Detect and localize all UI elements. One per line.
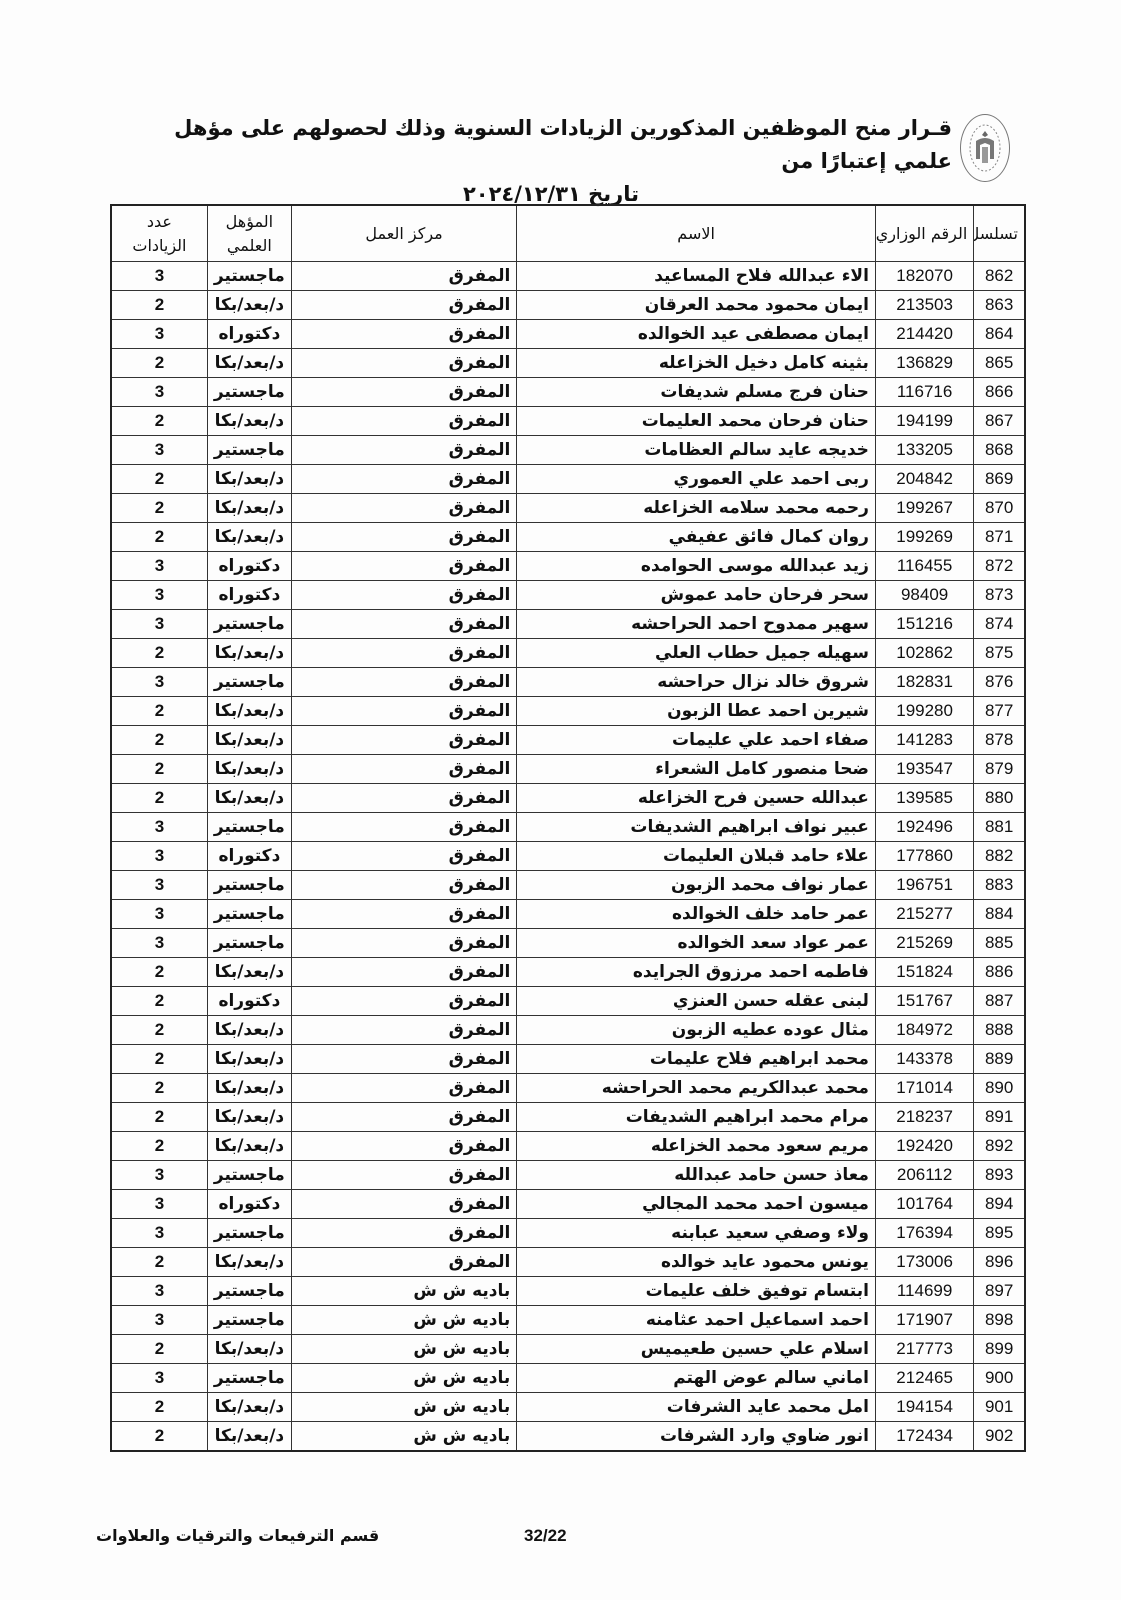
cell-serial: 873: [974, 581, 1025, 610]
table-row: 879193547ضحا منصور كامل الشعراءالمفرقد/ب…: [111, 755, 1025, 784]
cell-qualification: ماجستير: [207, 378, 291, 407]
cell-serial: 898: [974, 1306, 1025, 1335]
table-row: 871199269روان كمال فائق عفيفيالمفرقد/بعد…: [111, 523, 1025, 552]
cell-serial: 867: [974, 407, 1025, 436]
cell-serial: 889: [974, 1045, 1025, 1074]
cell-qualification: ماجستير: [207, 900, 291, 929]
cell-ministry-id: 172434: [875, 1422, 973, 1452]
cell-ministry-id: 215277: [875, 900, 973, 929]
cell-name: علاء حامد قبلان العليمات: [517, 842, 876, 871]
cell-serial: 892: [974, 1132, 1025, 1161]
cell-increments: 3: [111, 1161, 207, 1190]
cell-work-center: المفرق: [291, 465, 516, 494]
cell-qualification: د/بعد/بكا: [207, 1393, 291, 1422]
cell-work-center: المفرق: [291, 1248, 516, 1277]
cell-qualification: ماجستير: [207, 813, 291, 842]
cell-qualification: دكتوراه: [207, 320, 291, 349]
table-row: 901194154امل محمد عايد الشرفاتباديه ش شد…: [111, 1393, 1025, 1422]
cell-name: محمد ابراهيم فلاح عليمات: [517, 1045, 876, 1074]
cell-serial: 879: [974, 755, 1025, 784]
cell-work-center: المفرق: [291, 494, 516, 523]
cell-serial: 893: [974, 1161, 1025, 1190]
cell-serial: 896: [974, 1248, 1025, 1277]
cell-ministry-id: 206112: [875, 1161, 973, 1190]
cell-ministry-id: 116455: [875, 552, 973, 581]
title-line-1: قـرار منح الموظفين المذكورين الزيادات ال…: [110, 112, 952, 178]
cell-ministry-id: 217773: [875, 1335, 973, 1364]
cell-qualification: ماجستير: [207, 436, 291, 465]
cell-increments: 2: [111, 987, 207, 1016]
cell-qualification: ماجستير: [207, 1219, 291, 1248]
cell-ministry-id: 136829: [875, 349, 973, 378]
table-row: 900212465اماني سالم عوض الهتمباديه ش شما…: [111, 1364, 1025, 1393]
cell-serial: 886: [974, 958, 1025, 987]
cell-name: خديجه عايد سالم العظامات: [517, 436, 876, 465]
employees-increments-table: تسلسل الرقم الوزاري الاسم مركز العمل الم…: [110, 204, 1026, 1452]
cell-serial: 877: [974, 697, 1025, 726]
cell-qualification: ماجستير: [207, 668, 291, 697]
cell-work-center: المفرق: [291, 813, 516, 842]
cell-name: لبنى عقله حسن العنزي: [517, 987, 876, 1016]
table-row: 880139585عبدالله حسين فرح الخزاعلهالمفرق…: [111, 784, 1025, 813]
cell-increments: 2: [111, 784, 207, 813]
cell-work-center: المفرق: [291, 958, 516, 987]
cell-ministry-id: 133205: [875, 436, 973, 465]
cell-increments: 3: [111, 610, 207, 639]
cell-serial: 880: [974, 784, 1025, 813]
column-header-increments: عدد الزيادات: [111, 205, 207, 262]
document-header: قـرار منح الموظفين المذكورين الزيادات ال…: [110, 112, 1010, 192]
cell-serial: 887: [974, 987, 1025, 1016]
cell-name: عمر حامد خلف الخوالده: [517, 900, 876, 929]
cell-qualification: دكتوراه: [207, 552, 291, 581]
cell-serial: 878: [974, 726, 1025, 755]
cell-work-center: المفرق: [291, 1219, 516, 1248]
cell-qualification: د/بعد/بكا: [207, 407, 291, 436]
table-row: 886151824فاطمه احمد مرزوق الجرايدهالمفرق…: [111, 958, 1025, 987]
cell-serial: 891: [974, 1103, 1025, 1132]
cell-qualification: ماجستير: [207, 610, 291, 639]
cell-name: رحمه محمد سلامه الخزاعله: [517, 494, 876, 523]
cell-ministry-id: 182070: [875, 262, 973, 291]
cell-work-center: المفرق: [291, 929, 516, 958]
cell-work-center: باديه ش ش: [291, 1393, 516, 1422]
cell-name: عبير نواف ابراهيم الشديفات: [517, 813, 876, 842]
cell-increments: 3: [111, 813, 207, 842]
cell-ministry-id: 192420: [875, 1132, 973, 1161]
cell-increments: 2: [111, 1016, 207, 1045]
cell-ministry-id: 151767: [875, 987, 973, 1016]
cell-ministry-id: 116716: [875, 378, 973, 407]
cell-increments: 2: [111, 291, 207, 320]
table-row: 897114699ابتسام توفيق خلف عليماتباديه ش …: [111, 1277, 1025, 1306]
cell-qualification: د/بعد/بكا: [207, 523, 291, 552]
table-row: 874151216سهير ممدوح احمد الحراحشهالمفرقم…: [111, 610, 1025, 639]
cell-name: زيد عبدالله موسى الحوامده: [517, 552, 876, 581]
cell-qualification: ماجستير: [207, 1306, 291, 1335]
cell-ministry-id: 98409: [875, 581, 973, 610]
cell-ministry-id: 199269: [875, 523, 973, 552]
cell-increments: 2: [111, 755, 207, 784]
cell-increments: 2: [111, 639, 207, 668]
cell-serial: 897: [974, 1277, 1025, 1306]
table-row: 866116716حنان فرج مسلم شديفاتالمفرقماجست…: [111, 378, 1025, 407]
table-row: 864214420ايمان مصطفى عيد الخوالدهالمفرقد…: [111, 320, 1025, 349]
table-row: 902172434انور ضاوي وارد الشرفاتباديه ش ش…: [111, 1422, 1025, 1452]
cell-serial: 864: [974, 320, 1025, 349]
cell-serial: 868: [974, 436, 1025, 465]
table-row: 882177860علاء حامد قبلان العليماتالمفرقد…: [111, 842, 1025, 871]
cell-work-center: باديه ش ش: [291, 1306, 516, 1335]
cell-work-center: المفرق: [291, 842, 516, 871]
cell-name: ابتسام توفيق خلف عليمات: [517, 1277, 876, 1306]
cell-name: عمار نواف محمد الزبون: [517, 871, 876, 900]
cell-serial: 866: [974, 378, 1025, 407]
cell-increments: 3: [111, 1306, 207, 1335]
table-row: 867194199حنان فرحان محمد العليماتالمفرقد…: [111, 407, 1025, 436]
cell-qualification: دكتوراه: [207, 581, 291, 610]
cell-name: حنان فرج مسلم شديفات: [517, 378, 876, 407]
cell-increments: 2: [111, 1074, 207, 1103]
cell-increments: 2: [111, 1103, 207, 1132]
cell-qualification: د/بعد/بكا: [207, 494, 291, 523]
cell-increments: 2: [111, 407, 207, 436]
cell-work-center: المفرق: [291, 900, 516, 929]
cell-ministry-id: 193547: [875, 755, 973, 784]
cell-increments: 2: [111, 465, 207, 494]
cell-increments: 3: [111, 581, 207, 610]
cell-serial: 900: [974, 1364, 1025, 1393]
cell-work-center: المفرق: [291, 436, 516, 465]
cell-ministry-id: 184972: [875, 1016, 973, 1045]
cell-name: روان كمال فائق عفيفي: [517, 523, 876, 552]
cell-serial: 901: [974, 1393, 1025, 1422]
column-header-work-center: مركز العمل: [291, 205, 516, 262]
cell-serial: 875: [974, 639, 1025, 668]
cell-increments: 3: [111, 1219, 207, 1248]
cell-name: عبدالله حسين فرح الخزاعله: [517, 784, 876, 813]
cell-work-center: المفرق: [291, 1190, 516, 1219]
cell-ministry-id: 143378: [875, 1045, 973, 1074]
column-header-ministry-id: الرقم الوزاري: [875, 205, 973, 262]
cell-serial: 865: [974, 349, 1025, 378]
cell-name: عمر عواد سعد الخوالده: [517, 929, 876, 958]
cell-serial: 870: [974, 494, 1025, 523]
cell-work-center: المفرق: [291, 1161, 516, 1190]
table-row: 885215269عمر عواد سعد الخوالدهالمفرقماجس…: [111, 929, 1025, 958]
cell-serial: 883: [974, 871, 1025, 900]
cell-increments: 2: [111, 1248, 207, 1277]
table-row: 868133205خديجه عايد سالم العظاماتالمفرقم…: [111, 436, 1025, 465]
cell-work-center: المفرق: [291, 407, 516, 436]
cell-qualification: ماجستير: [207, 871, 291, 900]
cell-ministry-id: 213503: [875, 291, 973, 320]
table-row: 892192420مريم سعود محمد الخزاعلهالمفرقد/…: [111, 1132, 1025, 1161]
cell-work-center: باديه ش ش: [291, 1422, 516, 1452]
cell-name: مريم سعود محمد الخزاعله: [517, 1132, 876, 1161]
cell-name: الاء عبدالله فلاح المساعيد: [517, 262, 876, 291]
cell-name: بثينه كامل دخيل الخزاعله: [517, 349, 876, 378]
cell-work-center: المفرق: [291, 291, 516, 320]
cell-work-center: المفرق: [291, 610, 516, 639]
cell-work-center: المفرق: [291, 378, 516, 407]
cell-qualification: د/بعد/بكا: [207, 1132, 291, 1161]
table-row: 889143378محمد ابراهيم فلاح عليماتالمفرقد…: [111, 1045, 1025, 1074]
cell-qualification: د/بعد/بكا: [207, 1422, 291, 1452]
cell-ministry-id: 196751: [875, 871, 973, 900]
cell-serial: 888: [974, 1016, 1025, 1045]
table-row: 888184972مثال عوده عطيه الزبونالمفرقد/بع…: [111, 1016, 1025, 1045]
cell-work-center: المفرق: [291, 1016, 516, 1045]
cell-increments: 3: [111, 929, 207, 958]
cell-work-center: باديه ش ش: [291, 1277, 516, 1306]
cell-serial: 899: [974, 1335, 1025, 1364]
column-header-name: الاسم: [517, 205, 876, 262]
table-row: 890171014محمد عبدالكريم محمد الحراحشهالم…: [111, 1074, 1025, 1103]
cell-qualification: دكتوراه: [207, 842, 291, 871]
table-row: 87398409سحر فرحان حامد عموشالمفرقدكتوراه…: [111, 581, 1025, 610]
cell-ministry-id: 173006: [875, 1248, 973, 1277]
table-row: 877199280شيرين احمد عطا الزبونالمفرقد/بع…: [111, 697, 1025, 726]
cell-name: اسلام علي حسين طعيميس: [517, 1335, 876, 1364]
table-row: 891218237مرام محمد ابراهيم الشديفاتالمفر…: [111, 1103, 1025, 1132]
cell-name: احمد اسماعيل احمد عثامنه: [517, 1306, 876, 1335]
cell-qualification: د/بعد/بكا: [207, 697, 291, 726]
cell-qualification: د/بعد/بكا: [207, 1248, 291, 1277]
document-footer: 32/22 قسم الترفيعات والترقيات والعلاوات: [0, 1526, 1121, 1556]
cell-name: يونس محمود عايد خوالده: [517, 1248, 876, 1277]
cell-increments: 3: [111, 262, 207, 291]
cell-increments: 2: [111, 494, 207, 523]
cell-ministry-id: 171907: [875, 1306, 973, 1335]
cell-qualification: د/بعد/بكا: [207, 1335, 291, 1364]
document-page: قـرار منح الموظفين المذكورين الزيادات ال…: [0, 0, 1121, 1600]
cell-work-center: المفرق: [291, 1132, 516, 1161]
cell-work-center: المفرق: [291, 697, 516, 726]
cell-ministry-id: 204842: [875, 465, 973, 494]
cell-name: شيرين احمد عطا الزبون: [517, 697, 876, 726]
cell-serial: 862: [974, 262, 1025, 291]
cell-ministry-id: 151824: [875, 958, 973, 987]
table-row: 883196751عمار نواف محمد الزبونالمفرقماجس…: [111, 871, 1025, 900]
cell-qualification: د/بعد/بكا: [207, 465, 291, 494]
cell-increments: 3: [111, 436, 207, 465]
table-body: 862182070الاء عبدالله فلاح المساعيدالمفر…: [111, 262, 1025, 1452]
cell-serial: 882: [974, 842, 1025, 871]
cell-increments: 3: [111, 1277, 207, 1306]
cell-work-center: المفرق: [291, 668, 516, 697]
cell-qualification: دكتوراه: [207, 1190, 291, 1219]
cell-name: سحر فرحان حامد عموش: [517, 581, 876, 610]
table-row: 865136829بثينه كامل دخيل الخزاعلهالمفرقد…: [111, 349, 1025, 378]
cell-qualification: ماجستير: [207, 929, 291, 958]
cell-work-center: المفرق: [291, 1045, 516, 1074]
cell-qualification: د/بعد/بكا: [207, 755, 291, 784]
cell-name: مرام محمد ابراهيم الشديفات: [517, 1103, 876, 1132]
cell-name: امل محمد عايد الشرفات: [517, 1393, 876, 1422]
cell-qualification: د/بعد/بكا: [207, 291, 291, 320]
page-number: 32/22: [524, 1526, 567, 1546]
cell-name: ولاء وصفي سعيد عبابنه: [517, 1219, 876, 1248]
cell-increments: 3: [111, 842, 207, 871]
cell-qualification: ماجستير: [207, 1277, 291, 1306]
cell-name: ايمان محمود محمد العرقان: [517, 291, 876, 320]
table-row: 876182831شروق خالد نزال حراحشهالمفرقماجس…: [111, 668, 1025, 697]
cell-increments: 2: [111, 1132, 207, 1161]
cell-increments: 2: [111, 697, 207, 726]
cell-qualification: د/بعد/بكا: [207, 1045, 291, 1074]
cell-qualification: ماجستير: [207, 1161, 291, 1190]
cell-name: سهيله جميل حطاب العلي: [517, 639, 876, 668]
cell-name: ربى احمد علي العموري: [517, 465, 876, 494]
cell-work-center: باديه ش ش: [291, 1364, 516, 1393]
cell-increments: 2: [111, 523, 207, 552]
cell-ministry-id: 139585: [875, 784, 973, 813]
cell-qualification: د/بعد/بكا: [207, 1103, 291, 1132]
cell-serial: 872: [974, 552, 1025, 581]
cell-work-center: المفرق: [291, 349, 516, 378]
cell-serial: 881: [974, 813, 1025, 842]
document-title: قـرار منح الموظفين المذكورين الزيادات ال…: [110, 112, 952, 211]
cell-work-center: المفرق: [291, 871, 516, 900]
table-row: 899217773اسلام علي حسين طعيميسباديه ش شد…: [111, 1335, 1025, 1364]
cell-work-center: باديه ش ش: [291, 1335, 516, 1364]
cell-work-center: المفرق: [291, 987, 516, 1016]
cell-increments: 2: [111, 1393, 207, 1422]
cell-increments: 3: [111, 668, 207, 697]
cell-name: حنان فرحان محمد العليمات: [517, 407, 876, 436]
cell-increments: 3: [111, 378, 207, 407]
cell-ministry-id: 212465: [875, 1364, 973, 1393]
cell-increments: 2: [111, 349, 207, 378]
cell-qualification: د/بعد/بكا: [207, 1074, 291, 1103]
table-row: 869204842ربى احمد علي العموريالمفرقد/بعد…: [111, 465, 1025, 494]
cell-increments: 2: [111, 726, 207, 755]
cell-ministry-id: 218237: [875, 1103, 973, 1132]
column-header-qualification: المؤهل العلمي: [207, 205, 291, 262]
cell-serial: 876: [974, 668, 1025, 697]
cell-qualification: دكتوراه: [207, 987, 291, 1016]
cell-work-center: المفرق: [291, 523, 516, 552]
cell-qualification: ماجستير: [207, 1364, 291, 1393]
cell-ministry-id: 214420: [875, 320, 973, 349]
table-row: 887151767لبنى عقله حسن العنزيالمفرقدكتور…: [111, 987, 1025, 1016]
cell-name: ميسون احمد محمد المجالي: [517, 1190, 876, 1219]
cell-serial: 885: [974, 929, 1025, 958]
column-header-serial: تسلسل: [974, 205, 1025, 262]
cell-serial: 890: [974, 1074, 1025, 1103]
cell-ministry-id: 171014: [875, 1074, 973, 1103]
cell-qualification: د/بعد/بكا: [207, 1016, 291, 1045]
table-row: 863213503ايمان محمود محمد العرقانالمفرقد…: [111, 291, 1025, 320]
cell-qualification: د/بعد/بكا: [207, 958, 291, 987]
government-emblem-icon: [960, 114, 1010, 182]
cell-ministry-id: 101764: [875, 1190, 973, 1219]
cell-work-center: المفرق: [291, 1103, 516, 1132]
cell-ministry-id: 177860: [875, 842, 973, 871]
cell-ministry-id: 114699: [875, 1277, 973, 1306]
cell-increments: 3: [111, 871, 207, 900]
cell-increments: 3: [111, 1190, 207, 1219]
cell-ministry-id: 151216: [875, 610, 973, 639]
cell-serial: 895: [974, 1219, 1025, 1248]
cell-work-center: المفرق: [291, 1074, 516, 1103]
cell-ministry-id: 182831: [875, 668, 973, 697]
cell-name: فاطمه احمد مرزوق الجرايده: [517, 958, 876, 987]
cell-name: محمد عبدالكريم محمد الحراحشه: [517, 1074, 876, 1103]
cell-ministry-id: 194199: [875, 407, 973, 436]
cell-qualification: د/بعد/بكا: [207, 726, 291, 755]
cell-qualification: د/بعد/بكا: [207, 784, 291, 813]
cell-ministry-id: 102862: [875, 639, 973, 668]
table-row: 895176394ولاء وصفي سعيد عبابنهالمفرقماجس…: [111, 1219, 1025, 1248]
cell-name: اماني سالم عوض الهتم: [517, 1364, 876, 1393]
table-row: 893206112معاذ حسن حامد عبداللهالمفرقماجس…: [111, 1161, 1025, 1190]
cell-increments: 2: [111, 1335, 207, 1364]
cell-name: ايمان مصطفى عيد الخوالده: [517, 320, 876, 349]
cell-name: انور ضاوي وارد الشرفات: [517, 1422, 876, 1452]
cell-name: سهير ممدوح احمد الحراحشه: [517, 610, 876, 639]
cell-name: معاذ حسن حامد عبدالله: [517, 1161, 876, 1190]
cell-ministry-id: 199280: [875, 697, 973, 726]
cell-serial: 863: [974, 291, 1025, 320]
table-header-row: تسلسل الرقم الوزاري الاسم مركز العمل الم…: [111, 205, 1025, 262]
cell-increments: 3: [111, 320, 207, 349]
cell-work-center: المفرق: [291, 639, 516, 668]
cell-serial: 902: [974, 1422, 1025, 1452]
cell-increments: 3: [111, 552, 207, 581]
table-row: 884215277عمر حامد خلف الخوالدهالمفرقماجس…: [111, 900, 1025, 929]
cell-work-center: المفرق: [291, 755, 516, 784]
cell-increments: 3: [111, 1364, 207, 1393]
cell-qualification: د/بعد/بكا: [207, 349, 291, 378]
table-row: 894101764ميسون احمد محمد المجاليالمفرقدك…: [111, 1190, 1025, 1219]
cell-ministry-id: 176394: [875, 1219, 973, 1248]
table-row: 872116455زيد عبدالله موسى الحوامدهالمفرق…: [111, 552, 1025, 581]
table-row: 875102862سهيله جميل حطاب العليالمفرقد/بع…: [111, 639, 1025, 668]
cell-ministry-id: 141283: [875, 726, 973, 755]
cell-increments: 2: [111, 1045, 207, 1074]
cell-serial: 874: [974, 610, 1025, 639]
table-row: 898171907احمد اسماعيل احمد عثامنهباديه ش…: [111, 1306, 1025, 1335]
cell-increments: 3: [111, 900, 207, 929]
cell-qualification: د/بعد/بكا: [207, 639, 291, 668]
cell-increments: 2: [111, 1422, 207, 1452]
cell-ministry-id: 192496: [875, 813, 973, 842]
cell-work-center: المفرق: [291, 320, 516, 349]
cell-ministry-id: 199267: [875, 494, 973, 523]
cell-serial: 869: [974, 465, 1025, 494]
cell-work-center: المفرق: [291, 784, 516, 813]
cell-ministry-id: 194154: [875, 1393, 973, 1422]
cell-increments: 2: [111, 958, 207, 987]
cell-ministry-id: 215269: [875, 929, 973, 958]
cell-work-center: المفرق: [291, 726, 516, 755]
cell-work-center: المفرق: [291, 552, 516, 581]
table-row: 870199267رحمه محمد سلامه الخزاعلهالمفرقد…: [111, 494, 1025, 523]
cell-work-center: المفرق: [291, 581, 516, 610]
cell-name: صفاء احمد علي عليمات: [517, 726, 876, 755]
table-row: 896173006يونس محمود عايد خوالدهالمفرقد/ب…: [111, 1248, 1025, 1277]
cell-name: مثال عوده عطيه الزبون: [517, 1016, 876, 1045]
table-row: 881192496عبير نواف ابراهيم الشديفاتالمفر…: [111, 813, 1025, 842]
cell-serial: 884: [974, 900, 1025, 929]
cell-work-center: المفرق: [291, 262, 516, 291]
cell-serial: 871: [974, 523, 1025, 552]
cell-serial: 894: [974, 1190, 1025, 1219]
cell-qualification: ماجستير: [207, 262, 291, 291]
table-row: 878141283صفاء احمد علي عليماتالمفرقد/بعد…: [111, 726, 1025, 755]
